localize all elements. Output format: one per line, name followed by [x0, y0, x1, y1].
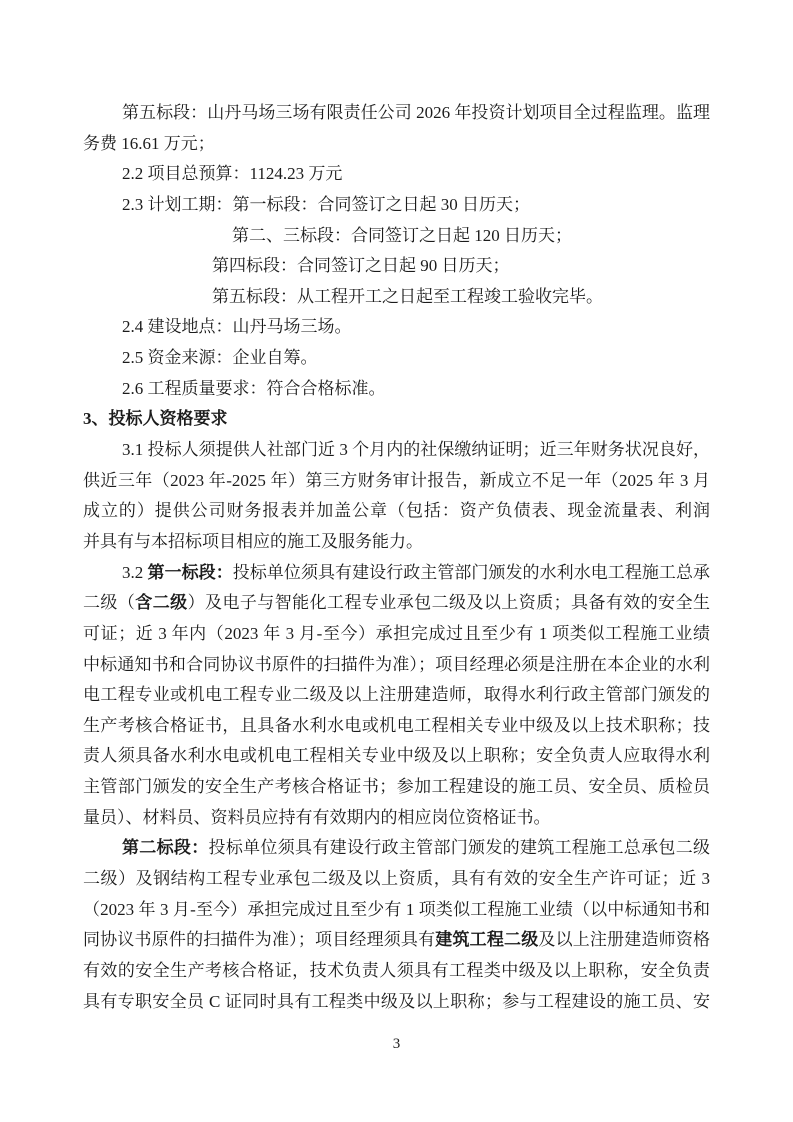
- text: 3.2: [122, 563, 148, 582]
- text: 中标通知书和合同协议书原件的扫描件为准）；项目经理必须是注册在本企业的水利水: [83, 655, 710, 681]
- doc-line: 可证；近 3 年内（2023 年 3 月-至今）承担完成过且至少有 1 项类似工…: [83, 619, 710, 650]
- document-page: 第五标段：山丹马场三场有限责任公司 2026 年投资计划项目全过程监理。监理服务…: [0, 0, 793, 1122]
- section-heading: 3、投标人资格要求: [83, 404, 710, 435]
- text: 量员）、材料员、资料员应持有有效期内的相应岗位资格证书。: [83, 808, 551, 827]
- text: 并具有与本招标项目相应的施工及服务能力。: [83, 532, 423, 551]
- text: 同协议书原件的扫描件为准）；项目经理须具有: [83, 930, 435, 949]
- doc-line: 二级）及钢结构工程专业承包二级及以上资质，具有有效的安全生产许可证；近 3 年内: [83, 864, 710, 895]
- text: 可证；近 3 年内（2023 年 3 月-至今）承担完成过且至少有 1 项类似工…: [83, 624, 710, 650]
- bold-text: 建筑工程二级: [435, 930, 538, 949]
- doc-line: 第五标段：从工程开工之日起至工程竣工验收完毕。: [83, 282, 710, 313]
- doc-line: 第五标段：山丹马场三场有限责任公司 2026 年投资计划项目全过程监理。监理服: [83, 98, 710, 129]
- bold-text: 第二标段：: [122, 838, 209, 857]
- document-body: 第五标段：山丹马场三场有限责任公司 2026 年投资计划项目全过程监理。监理服务…: [83, 98, 710, 1017]
- text: 第五标段：山丹马场三场有限责任公司 2026 年投资计划项目全过程监理。监理服: [122, 103, 710, 129]
- text: 具有专职安全员 C 证同时具有工程类中级及以上职称；参与工程建设的施工员、安全员…: [83, 992, 710, 1018]
- text: （2023 年 3 月-至今）承担完成过且至少有 1 项类似工程施工业绩（以中标…: [83, 900, 710, 926]
- doc-line: 主管部门颁发的安全生产考核合格证书；参加工程建设的施工员、安全员、质检员（质: [83, 772, 710, 803]
- page-number: 3: [0, 1036, 793, 1053]
- text: 第四标段：合同签订之日起 90 日历天；: [212, 256, 510, 275]
- text: 2.6 工程质量要求：符合合格标准。: [122, 379, 386, 398]
- doc-line: 2.2 项目总预算：1124.23 万元: [83, 159, 710, 190]
- doc-line: 2.4 建设地点：山丹马场三场。: [83, 312, 710, 343]
- doc-line: 具有专职安全员 C 证同时具有工程类中级及以上职称；参与工程建设的施工员、安全员…: [83, 987, 710, 1018]
- doc-line: 第二标段：投标单位须具有建设行政主管部门颁发的建筑工程施工总承包二级（含: [83, 833, 710, 864]
- text: 2.3 计划工期：第一标段：合同签订之日起 30 日历天；: [122, 195, 530, 214]
- bold-text: 3、投标人资格要求: [83, 409, 228, 428]
- bold-text: 含二级: [135, 593, 187, 612]
- doc-line: （2023 年 3 月-至今）承担完成过且至少有 1 项类似工程施工业绩（以中标…: [83, 895, 710, 926]
- text: 投标单位须具有建设行政主管部门颁发的建筑工程施工总承包二级（含: [122, 838, 710, 864]
- text: 电工程专业或机电工程专业二级及以上注册建造师，取得水利行政主管部门颁发的安全: [83, 685, 710, 711]
- doc-line: 量员）、材料员、资料员应持有有效期内的相应岗位资格证书。: [83, 803, 710, 834]
- document-lines: 第五标段：山丹马场三场有限责任公司 2026 年投资计划项目全过程监理。监理服务…: [83, 98, 710, 1017]
- text: 2.4 建设地点：山丹马场三场。: [122, 317, 352, 336]
- doc-line: 2.5 资金来源：企业自筹。: [83, 343, 710, 374]
- doc-line: 第二、三标段：合同签订之日起 120 日历天；: [83, 221, 710, 252]
- text: 2.5 资金来源：企业自筹。: [122, 348, 318, 367]
- doc-line: 成立的）提供公司财务报表并加盖公章（包括：资产负债表、现金流量表、利润表），: [83, 496, 710, 527]
- text: 二级（: [83, 593, 135, 612]
- doc-line: 第四标段：合同签订之日起 90 日历天；: [83, 251, 710, 282]
- text: 有效的安全生产考核合格证，技术负责人须具有工程类中级及以上职称，安全负责人须: [83, 961, 710, 987]
- doc-line: 同协议书原件的扫描件为准）；项目经理须具有建筑工程二级及以上注册建造师资格和: [83, 925, 710, 956]
- doc-line: 责人须具备水利水电或机电工程相关专业中级及以上职称；安全负责人应取得水利行政: [83, 741, 710, 772]
- text: 3.1 投标人须提供人社部门近 3 个月内的社保缴纳证明；近三年财务状况良好，提: [122, 440, 710, 466]
- doc-line: 2.3 计划工期：第一标段：合同签订之日起 30 日历天；: [83, 190, 710, 221]
- doc-line: 电工程专业或机电工程专业二级及以上注册建造师，取得水利行政主管部门颁发的安全: [83, 680, 710, 711]
- text: 2.2 项目总预算：1124.23 万元: [122, 164, 342, 183]
- doc-line: 并具有与本招标项目相应的施工及服务能力。: [83, 527, 710, 558]
- doc-line: 3.1 投标人须提供人社部门近 3 个月内的社保缴纳证明；近三年财务状况良好，提: [83, 435, 710, 466]
- text: 生产考核合格证书，且具备水利水电或机电工程相关专业中级及以上技术职称；技术负: [83, 716, 710, 742]
- text: 第五标段：从工程开工之日起至工程竣工验收完毕。: [212, 287, 603, 306]
- doc-line: 二级（含二级）及电子与智能化工程专业承包二级及以上资质；具备有效的安全生产许: [83, 588, 710, 619]
- doc-line: 3.2 第一标段：投标单位须具有建设行政主管部门颁发的水利水电工程施工总承包: [83, 558, 710, 589]
- doc-line: 务费 16.61 万元；: [83, 129, 710, 160]
- doc-line: 2.6 工程质量要求：符合合格标准。: [83, 374, 710, 405]
- text: 务费 16.61 万元；: [83, 134, 215, 153]
- text: 二级）及钢结构工程专业承包二级及以上资质，具有有效的安全生产许可证；近 3 年内: [83, 869, 710, 895]
- doc-line: 中标通知书和合同协议书原件的扫描件为准）；项目经理必须是注册在本企业的水利水: [83, 650, 710, 681]
- doc-line: 供近三年（2023 年-2025 年）第三方财务审计报告，新成立不足一年（202…: [83, 466, 710, 497]
- bold-text: 第一标段：: [148, 563, 233, 582]
- text: 成立的）提供公司财务报表并加盖公章（包括：资产负债表、现金流量表、利润表），: [83, 501, 710, 527]
- text: 供近三年（2023 年-2025 年）第三方财务审计报告，新成立不足一年（202…: [83, 471, 710, 497]
- doc-line: 生产考核合格证书，且具备水利水电或机电工程相关专业中级及以上技术职称；技术负: [83, 711, 710, 742]
- text: 主管部门颁发的安全生产考核合格证书；参加工程建设的施工员、安全员、质检员（质: [83, 777, 710, 803]
- doc-line: 有效的安全生产考核合格证，技术负责人须具有工程类中级及以上职称，安全负责人须: [83, 956, 710, 987]
- text: 第二、三标段：合同签订之日起 120 日历天；: [232, 226, 572, 245]
- text: 责人须具备水利水电或机电工程相关专业中级及以上职称；安全负责人应取得水利行政: [83, 746, 710, 772]
